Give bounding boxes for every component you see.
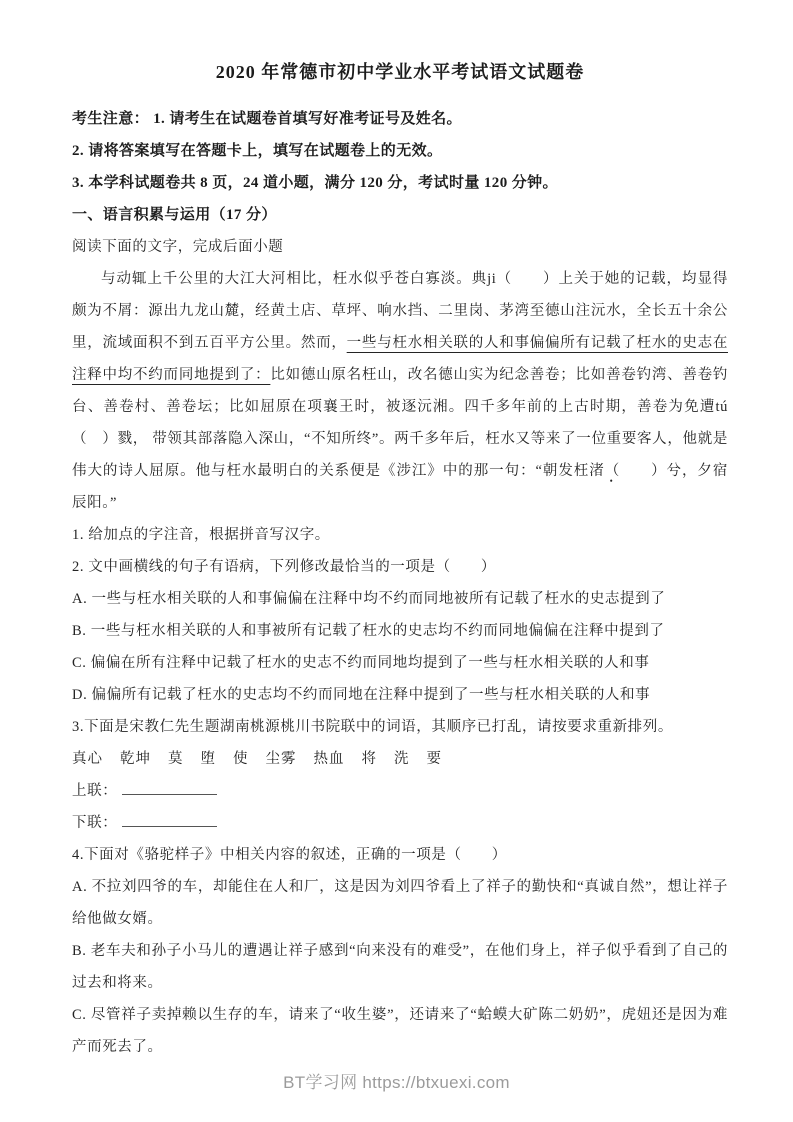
q4-option-B: B. 老车夫和孙子小马儿的遭遇让祥子感到“向来没有的难受”，在他们身上，祥子似乎… [72,935,728,999]
blank-label: 上联： [72,783,117,799]
word-item: 莫 [168,743,184,775]
question-4-stem: 4.下面对《骆驼样子》中相关内容的叙述，正确的一项是（ ） [72,839,728,871]
q2-option-C: C. 偏偏在所有注释中记载了枉水的史志不约而同地均提到了一些与枉水相关联的人和事 [72,647,728,679]
word-item: 热血 [314,743,345,775]
word-item: 使 [233,743,249,775]
question-3-couplet-blanks: 上联：下联： [72,775,728,839]
word-item: 尘雾 [266,743,297,775]
reading-passage: 与动辄上千公里的大江大河相比，枉水似乎苍白寡淡。典ji（ ）上关于她的记载，均显… [72,263,728,519]
blank-label: 下联： [72,815,117,831]
watermark: BT学习网 https://btxuexi.com [0,1068,793,1093]
notice-line-3: 3. 本学科试题卷共 8 页，24 道小题，满分 120 分，考试时量 120 … [72,167,728,199]
notice-line-2: 2. 请将答案填写在答题卡上，填写在试题卷上的无效。 [72,135,728,167]
word-item: 堕 [201,743,217,775]
answer-blank-line [122,813,217,827]
section-heading: 一、语言积累与运用（17 分） [72,199,728,231]
answer-blank-line [122,781,217,795]
q2-option-A: A. 一些与枉水相关联的人和事偏偏在注释中均不约而同地被所有记载了枉水的史志提到… [72,583,728,615]
page-title: 2020 年常德市初中学业水平考试语文试题卷 [72,54,728,90]
q4-option-C: C. 尽管祥子卖掉赖以生存的车，请来了“收生婆”，还请来了“蛤蟆大矿陈二奶奶”，… [72,999,728,1063]
question-3-stem: 3.下面是宋教仁先生题湖南桃源桃川书院联中的词语，其顺序已打乱，请按要求重新排列… [72,711,728,743]
question-1-stem: 1. 给加点的字注音，根据拼音写汉字。 [72,519,728,551]
reading-intro: 阅读下面的文字，完成后面小题 [72,231,728,263]
question-4-options: A. 不拉刘四爷的车，却能住在人和厂，这是因为刘四爷看上了祥子的勤快和“真诚自然… [72,871,728,1063]
notice-line-1: 考生注意： 1. 请考生在试题卷首填写好准考证号及姓名。 [72,103,728,135]
word-item: 真心 [72,743,103,775]
first-line-blank-row: 上联： [72,775,728,807]
q2-option-B: B. 一些与枉水相关联的人和事被所有记载了枉水的史志均不约而同地偏偏在注释中提到… [72,615,728,647]
q4-option-A: A. 不拉刘四爷的车，却能住在人和厂，这是因为刘四爷看上了祥子的勤快和“真诚自然… [72,871,728,935]
question-3-word-list: 真心乾坤莫堕使尘雾热血将洗要 [72,743,728,775]
second-line-blank-row: 下联： [72,807,728,839]
question-2-stem: 2. 文中画横线的句子有语病，下列修改最恰当的一项是（ ） [72,551,728,583]
passage-dotted-char: 渚 [589,463,604,479]
word-item: 要 [427,743,443,775]
question-2-options: A. 一些与枉水相关联的人和事偏偏在注释中均不约而同地被所有记载了枉水的史志提到… [72,583,728,711]
word-item: 洗 [394,743,410,775]
watermark-text: BT学习网 https://btxuexi.com [283,1073,510,1092]
word-item: 将 [362,743,378,775]
word-item: 乾坤 [120,743,151,775]
q2-option-D: D. 偏偏所有记载了枉水的史志均不约而同地在注释中提到了一些与枉水相关联的人和事 [72,679,728,711]
exam-page: 2020 年常德市初中学业水平考试语文试题卷 考生注意： 1. 请考生在试题卷首… [72,54,728,1063]
